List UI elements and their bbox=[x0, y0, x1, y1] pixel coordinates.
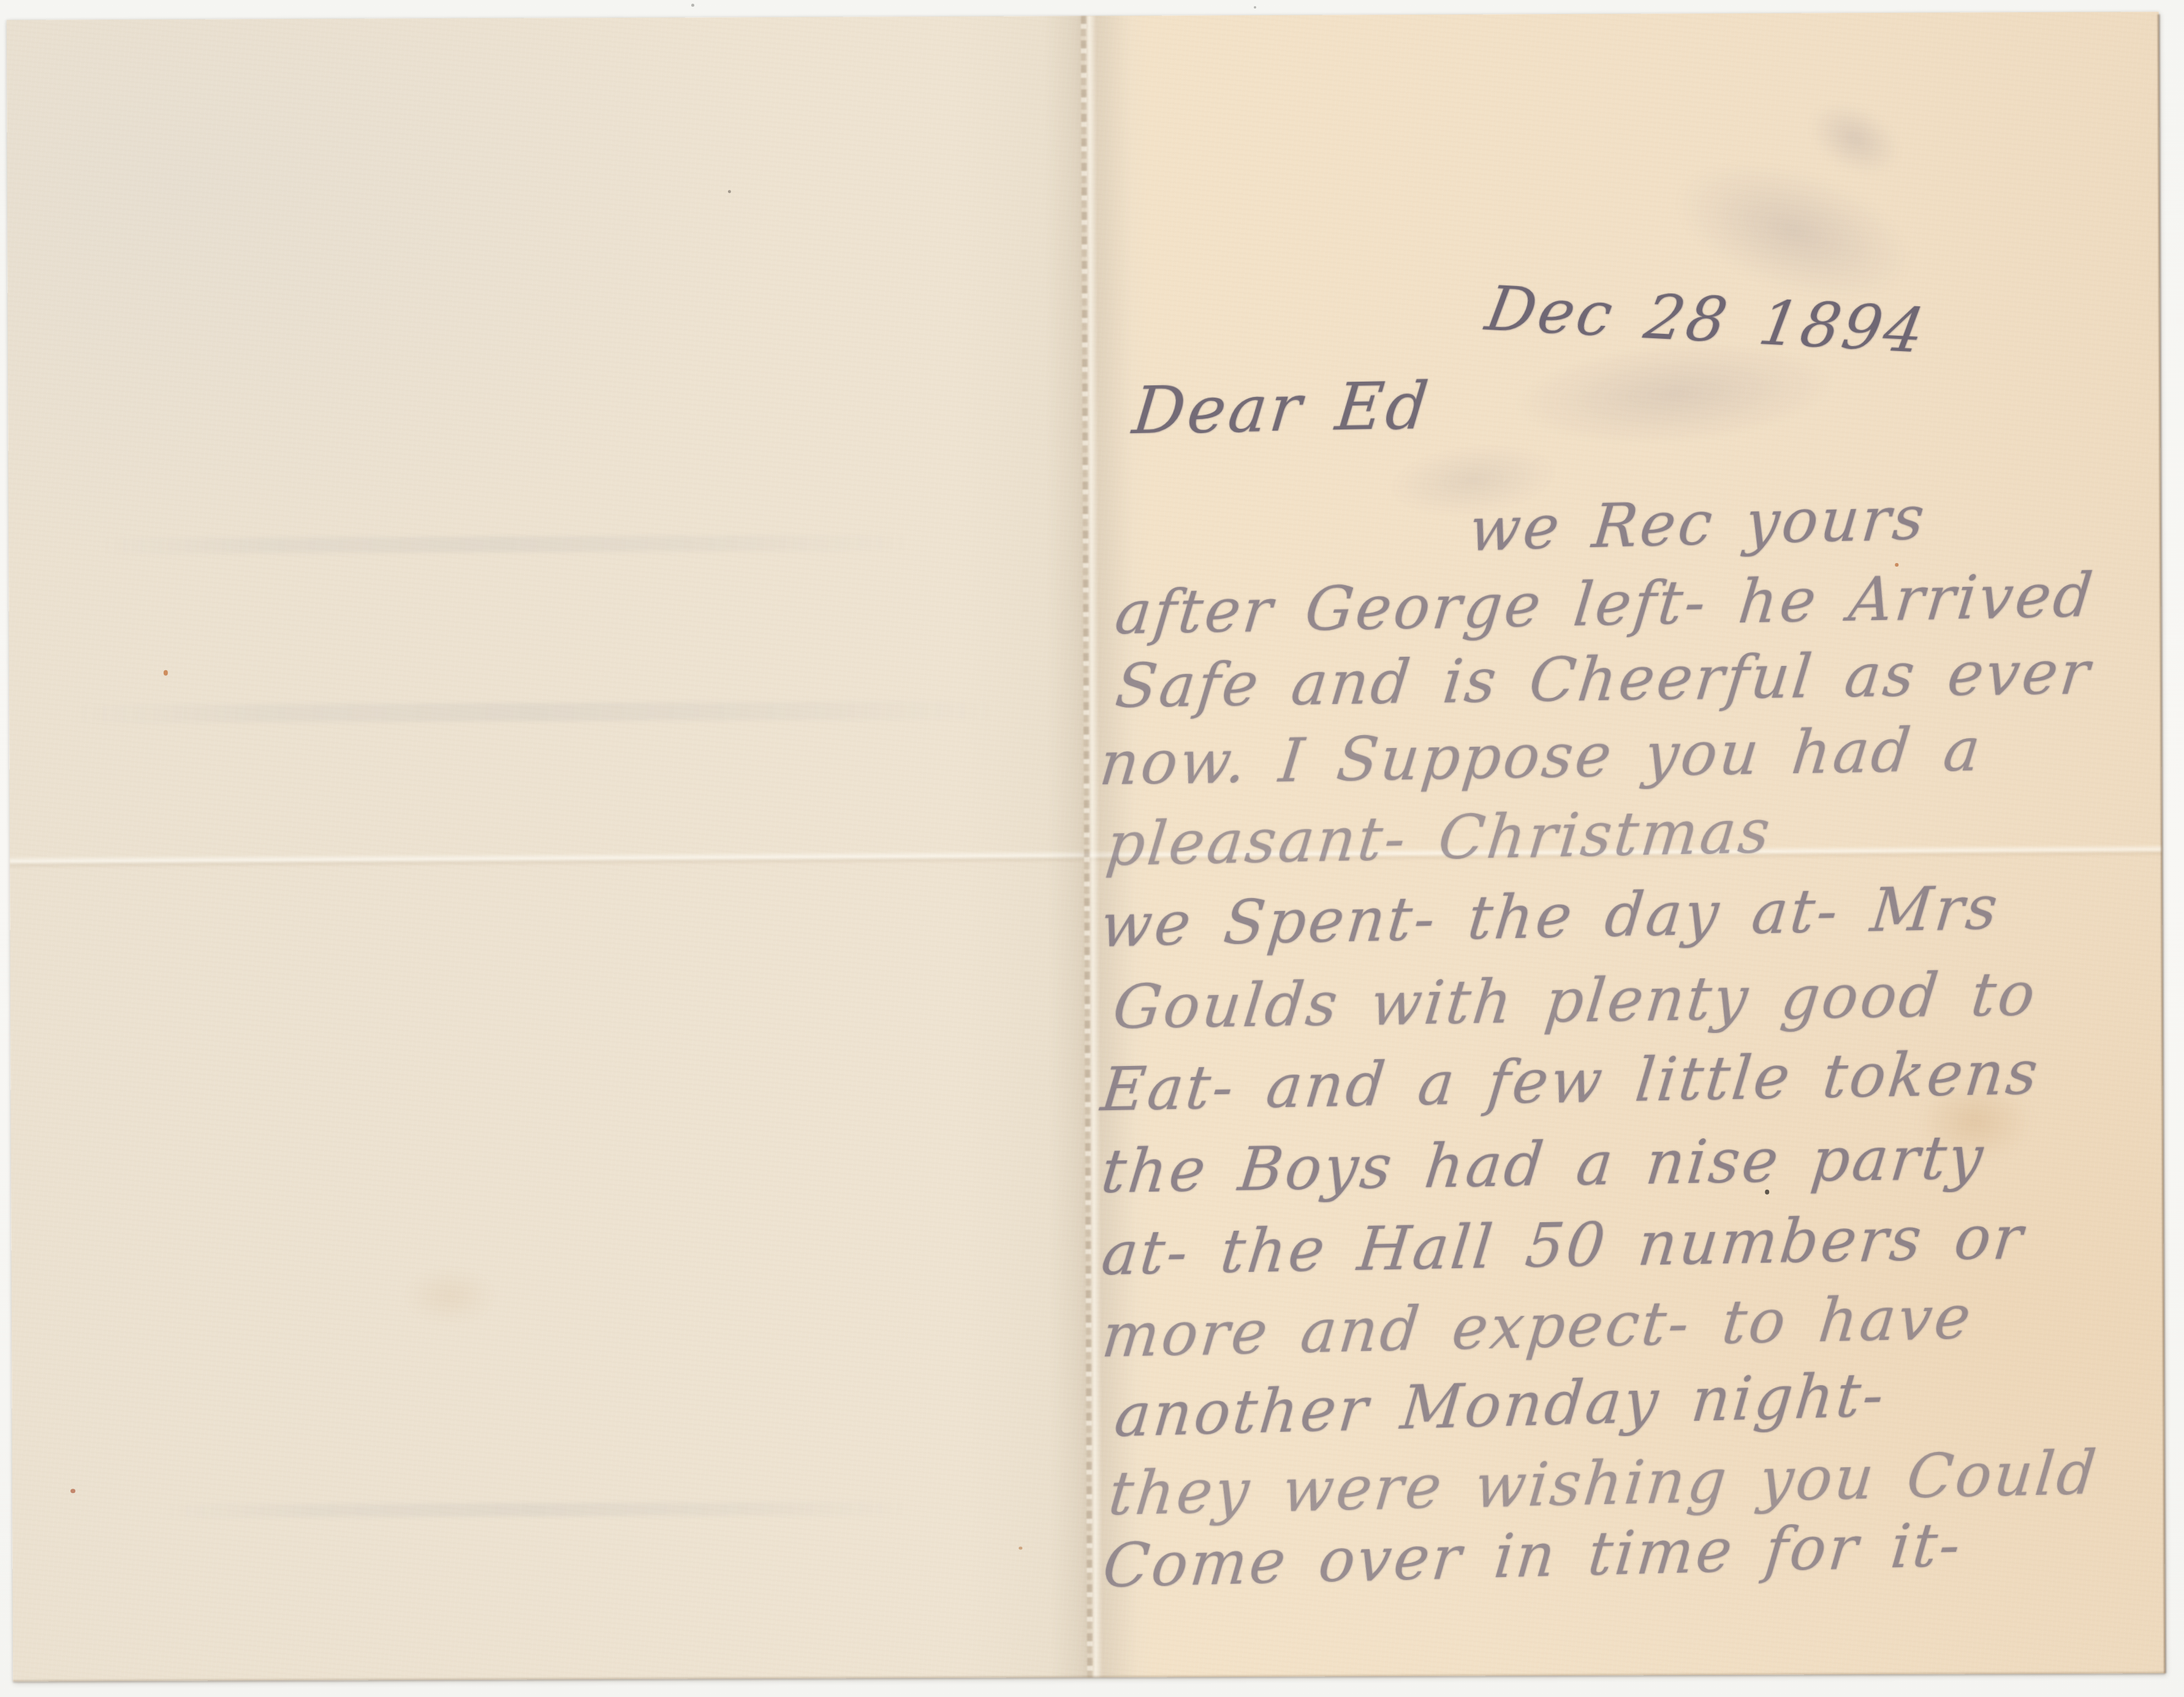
scanner-background: Dec 28 1894 Dear Ed we Rec yours after G… bbox=[0, 0, 2184, 1697]
letter-line: Come over in time for it- bbox=[1101, 1515, 1965, 1597]
paper-speck bbox=[164, 670, 168, 676]
letter-sheet: Dec 28 1894 Dear Ed we Rec yours after G… bbox=[7, 12, 2165, 1681]
paper-speck bbox=[728, 190, 731, 193]
letter-line: pleasant- Christmas bbox=[1104, 802, 1775, 875]
letter-salutation: Dear Ed bbox=[1130, 373, 1434, 444]
letter-line: we Spent- the day at- Mrs bbox=[1098, 878, 2002, 956]
letter-line: another Monday night- bbox=[1112, 1365, 1889, 1446]
letter-line: the Boys had a nise party bbox=[1099, 1128, 1988, 1202]
stain-spot bbox=[404, 1268, 496, 1324]
bleed-through-streak bbox=[165, 1502, 907, 1518]
letter-line: Eat- and a few little tokens bbox=[1098, 1043, 2042, 1120]
letter-date: Dec 28 1894 bbox=[1482, 278, 1931, 361]
letter-line: Goulds with plenty good to bbox=[1110, 964, 2040, 1038]
letter-line: we Rec yours bbox=[1466, 488, 1929, 560]
letter-line: more and expect- to have bbox=[1099, 1288, 1976, 1366]
pencil-smudge bbox=[1793, 85, 1917, 193]
paper-speck bbox=[1018, 1546, 1022, 1549]
letter-line: now. I Suppose you had a bbox=[1097, 720, 1985, 794]
dust-speck bbox=[1254, 6, 1256, 9]
letter-line: at- the Hall 50 numbers or bbox=[1099, 1208, 2027, 1284]
letter-line: after George left- he Arrived bbox=[1112, 565, 2098, 643]
paper-speck bbox=[70, 1489, 75, 1493]
bleed-through-streak bbox=[100, 535, 909, 554]
dust-speck bbox=[691, 4, 694, 7]
bleed-through-streak bbox=[77, 701, 996, 724]
letter-line: Safe and is Cheerful as ever bbox=[1113, 643, 2095, 717]
